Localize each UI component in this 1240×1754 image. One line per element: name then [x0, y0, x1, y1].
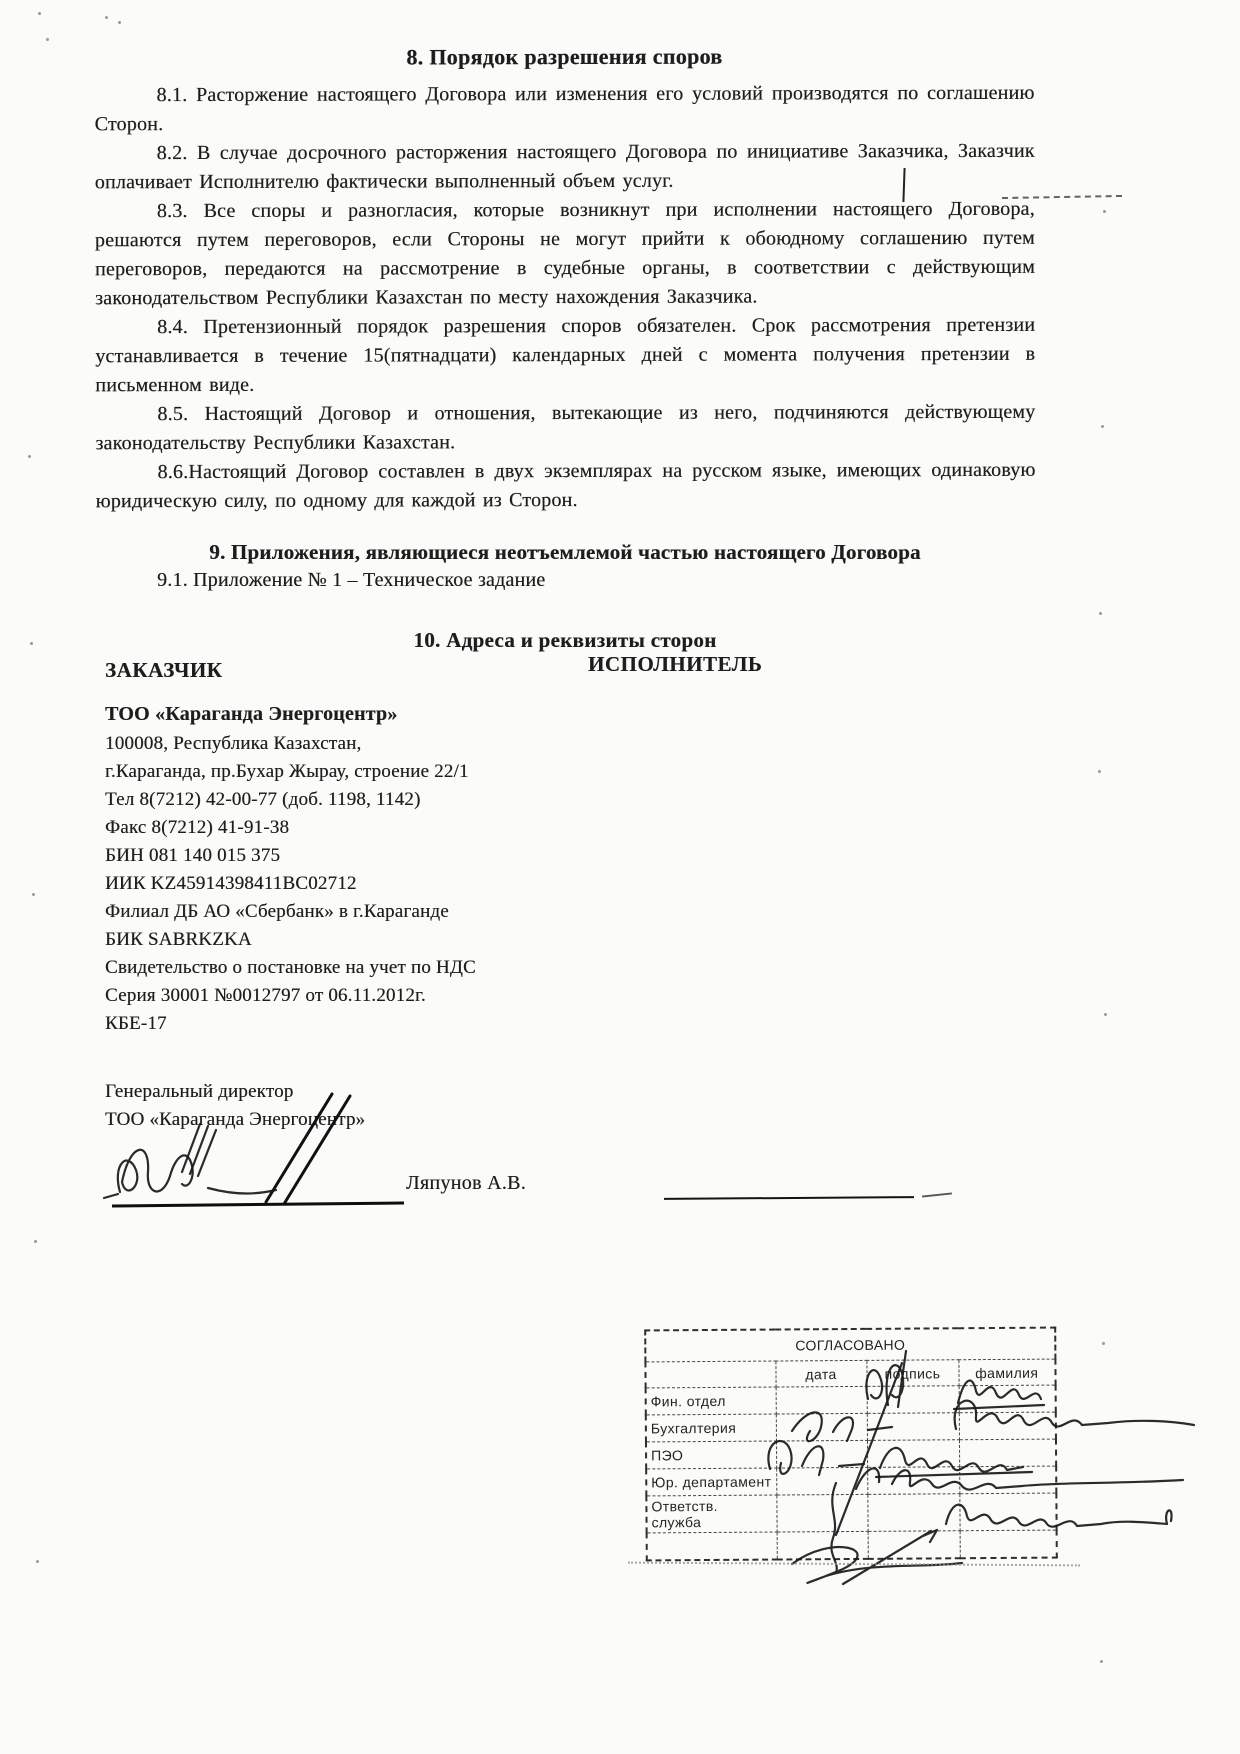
customer-requisites: ТОО «Караганда Энергоцентр» 100008, Респ… [105, 700, 585, 1038]
contractor-signature-line [664, 1196, 914, 1200]
approval-row-label: Ответств. служба [646, 1495, 776, 1533]
approval-cell [959, 1493, 1056, 1531]
scan-speck [36, 1560, 39, 1563]
scan-speck [105, 16, 108, 19]
approval-cell [867, 1413, 959, 1441]
approval-row-label: Фин. отдел [646, 1387, 776, 1415]
approval-row-label: ПЭО [646, 1441, 776, 1469]
scan-speck [30, 642, 33, 645]
approval-cell [776, 1467, 867, 1495]
approval-cell [959, 1439, 1056, 1467]
clause-8-4: 8.4. Претензионный порядок разрешения сп… [95, 311, 1035, 400]
approval-table: СОГЛАСОВАНО дата подпись фамилия Фин. от… [644, 1327, 1058, 1562]
scan-dotted-artifact [628, 1562, 1080, 1567]
section-8: 8. Порядок разрешения споров 8.1. Растор… [94, 43, 1035, 516]
approval-cell [960, 1530, 1057, 1558]
approval-cell [776, 1413, 867, 1441]
approval-col-date: дата [775, 1360, 866, 1387]
section-9-title: 9. Приложения, являющиеся неотъемлемой ч… [95, 540, 1035, 565]
scan-speck [32, 893, 35, 896]
scan-speck [34, 1240, 37, 1243]
approval-cell [776, 1386, 867, 1414]
approval-col-empty [645, 1361, 775, 1388]
clause-8-3: 8.3. Все споры и разногласия, которые во… [95, 195, 1035, 313]
approval-cell [959, 1466, 1056, 1494]
clause-8-5: 8.5. Настоящий Договор и отношения, выте… [95, 398, 1035, 458]
section-8-title: 8. Порядок разрешения споров [94, 43, 1034, 71]
customer-label: ЗАКАЗЧИК [105, 658, 222, 683]
contractor-label: ИСПОЛНИТЕЛЬ [588, 652, 762, 677]
scan-speck [1099, 612, 1102, 615]
clause-8-2: 8.2. В случае досрочного расторжения нас… [95, 137, 1035, 197]
requisite-line: Филиал ДБ АО «Сбербанк» в г.Караганде [105, 898, 585, 926]
requisite-line: КБЕ-17 [105, 1010, 585, 1038]
approval-title: СОГЛАСОВАНО [645, 1328, 1055, 1362]
clause-9-1: 9.1. Приложение № 1 – Техническое задани… [157, 569, 1035, 592]
section-9: 9. Приложения, являющиеся неотъемлемой ч… [95, 540, 1035, 592]
scan-speck [1103, 210, 1106, 213]
approval-cell [959, 1412, 1056, 1440]
scanned-contract-page: 8. Порядок разрешения споров 8.1. Растор… [0, 0, 1240, 1754]
customer-handwritten-signature [98, 1090, 398, 1212]
requisite-line: ИИК KZ45914398411BC02712 [105, 870, 585, 898]
requisite-line: Тел 8(7212) 42-00-77 (доб. 1198, 1142) [105, 786, 585, 814]
scan-speck [1104, 1013, 1107, 1016]
approval-cell [959, 1385, 1056, 1413]
approval-cell [867, 1467, 959, 1495]
contractor-signature-line-end [922, 1192, 952, 1197]
signatory-name: Ляпунов А.В. [406, 1172, 526, 1195]
approval-cell [867, 1440, 959, 1468]
scan-speck [1100, 1660, 1103, 1663]
approval-cell [867, 1386, 959, 1414]
section-10-title: 10. Адреса и реквизиты сторон [95, 628, 1035, 653]
requisite-line: 100008, Республика Казахстан, [105, 730, 585, 758]
requisite-line: Свидетельство о постановке на учет по НД… [105, 954, 585, 982]
approval-cell [776, 1440, 867, 1468]
clause-8-1: 8.1. Расторжение настоящего Договора или… [94, 79, 1034, 139]
approval-col-signature: подпись [866, 1360, 958, 1387]
approval-cell [867, 1494, 959, 1532]
approval-cell [776, 1494, 867, 1532]
scan-speck [28, 455, 31, 458]
scan-speck [1102, 1342, 1105, 1345]
requisite-line: БИН 081 140 015 375 [105, 842, 585, 870]
scan-speck [1101, 425, 1104, 428]
requisite-line: Серия 30001 №0012797 от 06.11.2012г. [105, 982, 585, 1010]
approval-row-label: Юр. департамент [646, 1468, 776, 1496]
approval-col-surname: фамилия [958, 1359, 1055, 1386]
scan-speck [46, 38, 49, 41]
scan-speck [1098, 770, 1101, 773]
requisite-line: БИК SABRKZKA [105, 926, 585, 954]
approval-row-label: Бухгалтерия [646, 1414, 776, 1442]
clause-8-6: 8.6.Настоящий Договор составлен в двух э… [95, 456, 1035, 516]
scan-speck [38, 12, 41, 15]
approval-cell [868, 1531, 960, 1559]
approval-cell [777, 1531, 868, 1559]
customer-company-name: ТОО «Караганда Энергоцентр» [105, 700, 585, 728]
scan-speck [118, 21, 121, 24]
requisite-line: г.Караганда, пр.Бухар Жырау, строение 22… [105, 758, 585, 786]
approval-row-label [647, 1532, 777, 1560]
requisite-line: Факс 8(7212) 41-91-38 [105, 814, 585, 842]
